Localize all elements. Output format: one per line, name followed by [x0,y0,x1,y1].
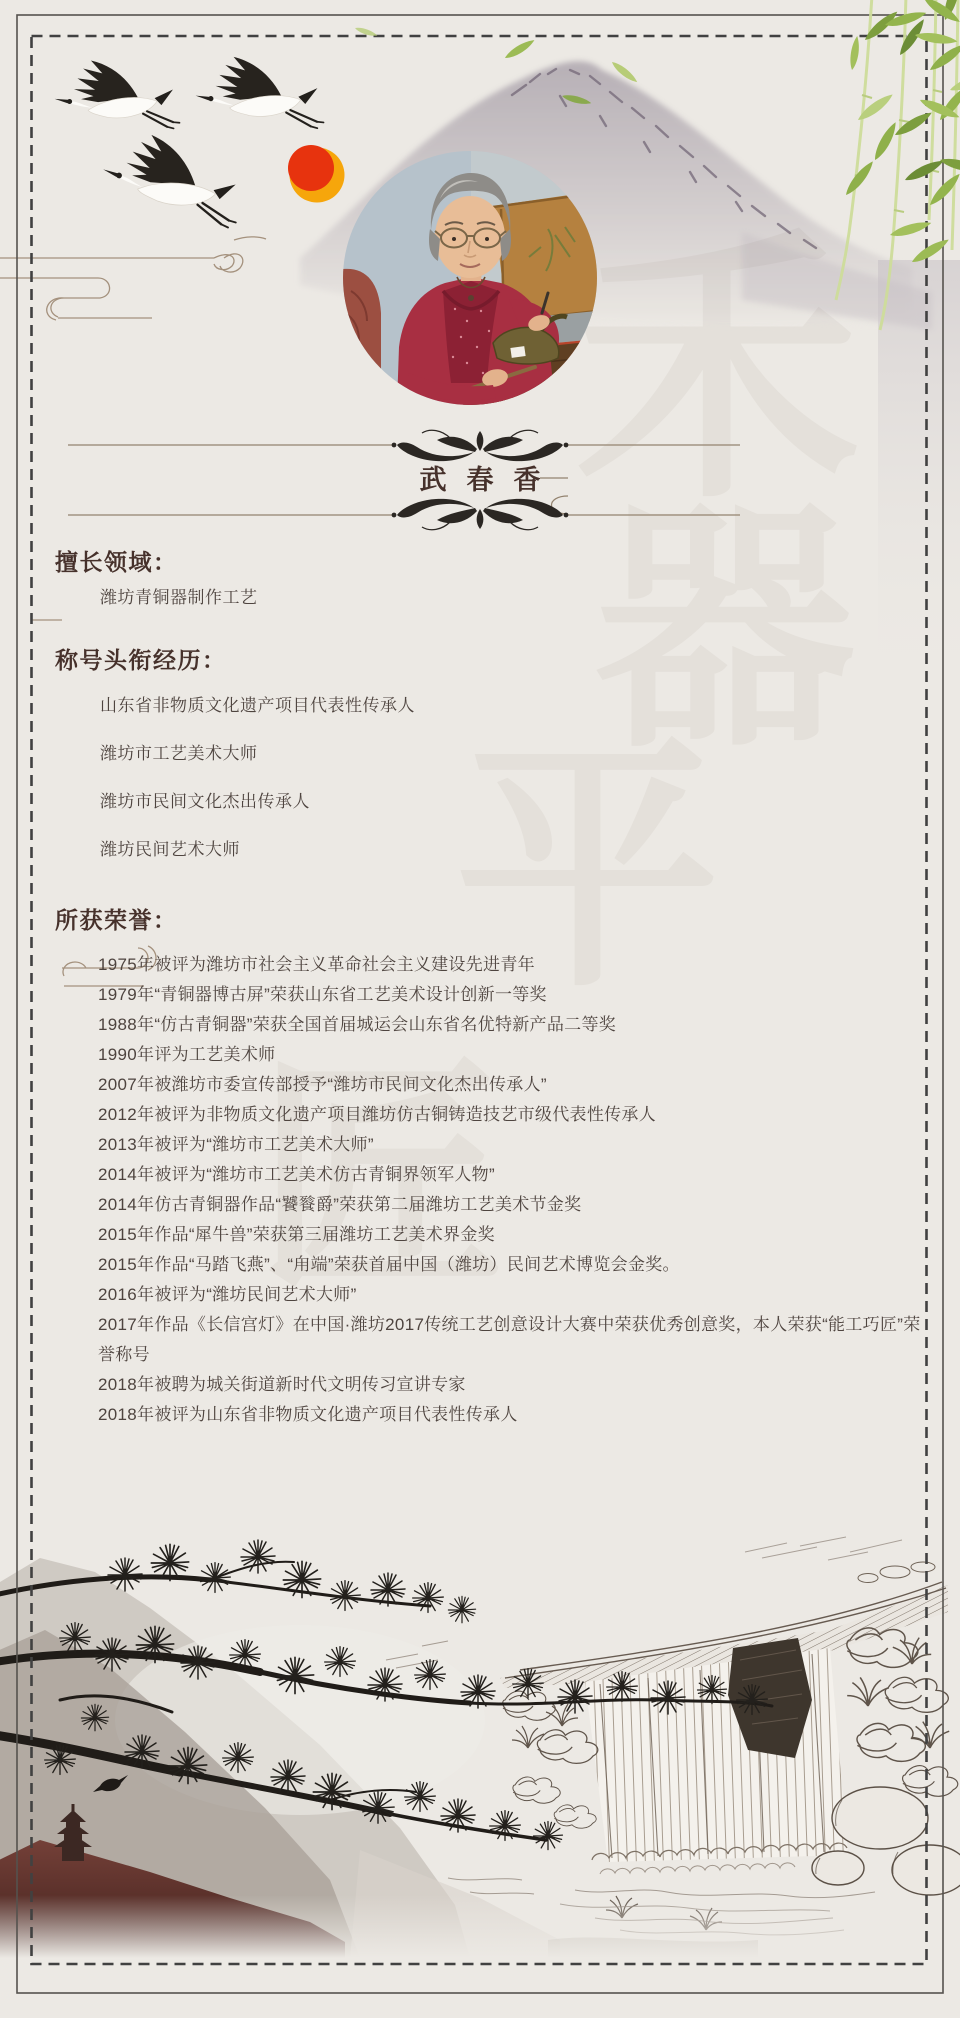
titles-list: 山东省非物质文化遗产项目代表性传承人 潍坊市工艺美术大师 潍坊市民间文化杰出传承… [100,682,800,874]
honor-item: 2014年被评为“潍坊市工艺美术仿古青铜界领军人物” [98,1160,928,1190]
expertise-heading: 擅长领域： [55,548,178,576]
honors-heading: 所获荣誉： [55,906,178,934]
honor-item: 1979年“青铜器博古屏”荣获山东省工艺美术设计创新一等奖 [98,980,928,1010]
title-item: 山东省非物质文化遗产项目代表性传承人 [100,682,800,730]
expertise-item: 潍坊青铜器制作工艺 [100,585,258,611]
honor-item: 2007年被潍坊市委宣传部授予“潍坊市民间文化杰出传承人” [98,1070,928,1100]
honors-list: 1975年被评为潍坊市社会主义革命社会主义建设先进青年 1979年“青铜器博古屏… [98,950,928,1430]
pine-waterfall-illustration [0,1530,960,1990]
bamboo-leaves [0,0,960,400]
honor-item: 1988年“仿古青铜器”荣获全国首届城运会山东省名优特新产品二等奖 [98,1010,928,1040]
artisan-name: 武春香 [0,465,960,495]
honor-item: 2018年被聘为城关街道新时代文明传习宣讲专家 [98,1370,928,1400]
honor-item: 2015年作品“马踏飞燕”、“甪端”荣获首届中国（潍坊）民间艺术博览会金奖。 [98,1250,928,1280]
title-item: 潍坊市工艺美术大师 [100,730,800,778]
honor-item: 2012年被评为非物质文化遗产项目潍坊仿古铜铸造技艺市级代表性传承人 [98,1100,928,1130]
biography-poster-page: 禾 器 平 匠 [0,0,960,2018]
title-item: 潍坊民间艺术大师 [100,826,800,874]
honor-item: 2018年被评为山东省非物质文化遗产项目代表性传承人 [98,1400,928,1430]
honor-item: 2017年作品《长信宫灯》在中国·潍坊2017传统工艺创意设计大赛中荣获优秀创意… [98,1310,928,1370]
title-item: 潍坊市民间文化杰出传承人 [100,778,800,826]
honor-item: 2015年作品“犀牛兽”荣获第三届潍坊工艺美术界金奖 [98,1220,928,1250]
honor-item: 1990年评为工艺美术师 [98,1040,928,1070]
titles-heading: 称号头衔经历： [55,646,227,674]
honor-item: 1975年被评为潍坊市社会主义革命社会主义建设先进青年 [98,950,928,980]
honor-item: 2014年仿古青铜器作品“饕餮爵”荣获第二届潍坊工艺美术节金奖 [98,1190,928,1220]
honor-item: 2013年被评为“潍坊市工艺美术大师” [98,1130,928,1160]
honor-item: 2016年被评为“潍坊民间艺术大师” [98,1280,928,1310]
